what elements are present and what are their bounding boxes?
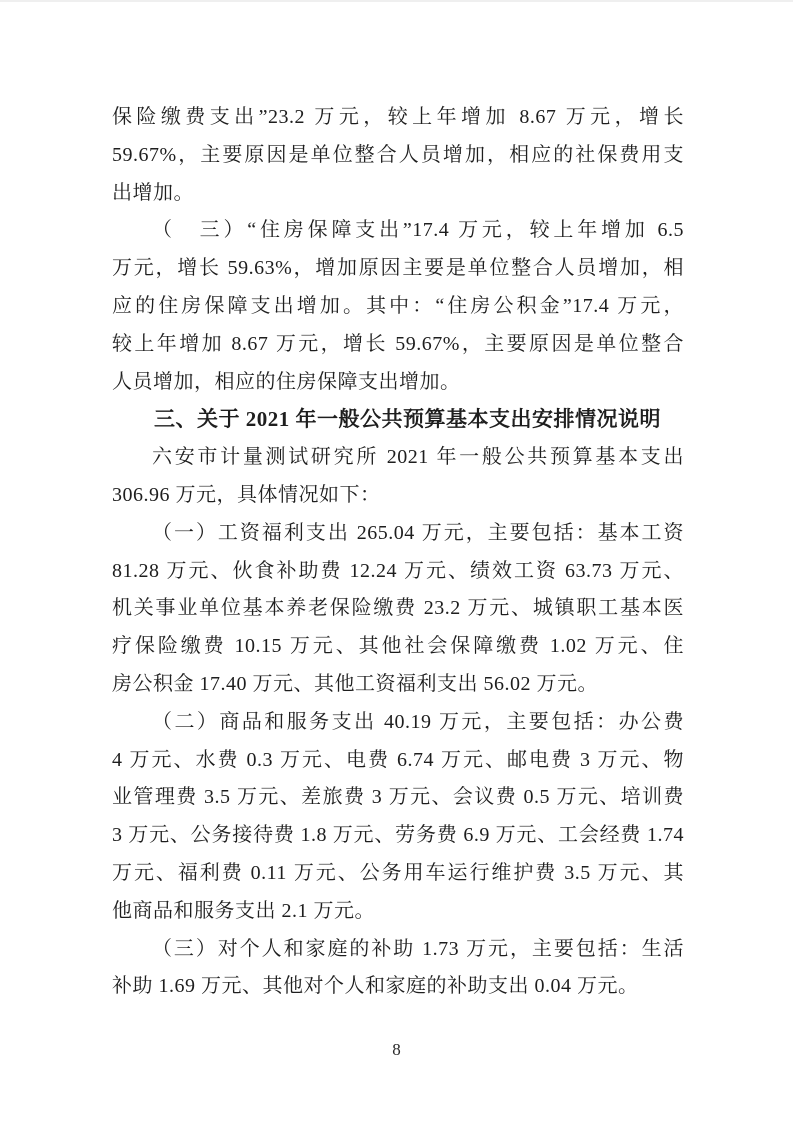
paragraph: （三）对个人和家庭的补助 1.73 万元，主要包括：生活补助 1.69 万元、其…	[112, 931, 684, 1007]
text-line: 万元、福利费 0.11 万元、公务用车运行维护费 3.5 万元、其	[112, 855, 684, 893]
text-line: 疗保险缴费 10.15 万元、其他社会保障缴费 1.02 万元、住	[112, 628, 684, 666]
text-line: 306.96 万元，具体情况如下：	[112, 477, 684, 515]
text-line: 应的住房保障支出增加。其中：“住房公积金”17.4 万元，	[112, 288, 684, 326]
paragraph: 六安市计量测试研究所 2021 年一般公共预算基本支出306.96 万元，具体情…	[112, 439, 684, 515]
page-top-edge	[0, 0, 793, 2]
document-body: 保险缴费支出”23.2 万元，较上年增加 8.67 万元，增长59.67%，主要…	[112, 99, 684, 1006]
paragraph: 保险缴费支出”23.2 万元，较上年增加 8.67 万元，增长59.67%，主要…	[112, 99, 684, 212]
text-line: 人员增加，相应的住房保障支出增加。	[112, 364, 684, 402]
text-line: 81.28 万元、伙食补助费 12.24 万元、绩效工资 63.73 万元、	[112, 553, 684, 591]
paragraph: （二）商品和服务支出 40.19 万元，主要包括：办公费4 万元、水费 0.3 …	[112, 704, 684, 931]
text-line: 房公积金 17.40 万元、其他工资福利支出 56.02 万元。	[112, 666, 684, 704]
paragraph: （一）工资福利支出 265.04 万元，主要包括：基本工资81.28 万元、伙食…	[112, 515, 684, 704]
text-line: 业管理费 3.5 万元、差旅费 3 万元、会议费 0.5 万元、培训费	[112, 779, 684, 817]
text-line: 较上年增加 8.67 万元，增长 59.67%，主要原因是单位整合	[112, 326, 684, 364]
heading-line: 三、关于 2021 年一般公共预算基本支出安排情况说明	[112, 401, 684, 439]
text-line: 3 万元、公务接待费 1.8 万元、劳务费 6.9 万元、工会经费 1.74	[112, 817, 684, 855]
text-line: 59.67%，主要原因是单位整合人员增加，相应的社保费用支	[112, 137, 684, 175]
text-line: 保险缴费支出”23.2 万元，较上年增加 8.67 万元，增长	[112, 99, 684, 137]
document-page: 保险缴费支出”23.2 万元，较上年增加 8.67 万元，增长59.67%，主要…	[0, 0, 793, 1122]
page-number: 8	[0, 1040, 793, 1060]
section-heading: 三、关于 2021 年一般公共预算基本支出安排情况说明	[112, 401, 684, 439]
text-line: （三）对个人和家庭的补助 1.73 万元，主要包括：生活	[112, 931, 684, 969]
text-line: 六安市计量测试研究所 2021 年一般公共预算基本支出	[112, 439, 684, 477]
text-line: 他商品和服务支出 2.1 万元。	[112, 893, 684, 931]
paragraph: （ 三）“住房保障支出”17.4 万元，较上年增加 6.5万元，增长 59.63…	[112, 212, 684, 401]
text-line: 补助 1.69 万元、其他对个人和家庭的补助支出 0.04 万元。	[112, 968, 684, 1006]
text-line: （二）商品和服务支出 40.19 万元，主要包括：办公费	[112, 704, 684, 742]
text-line: （ 三）“住房保障支出”17.4 万元，较上年增加 6.5	[112, 212, 684, 250]
text-line: （一）工资福利支出 265.04 万元，主要包括：基本工资	[112, 515, 684, 553]
text-line: 4 万元、水费 0.3 万元、电费 6.74 万元、邮电费 3 万元、物	[112, 742, 684, 780]
text-line: 万元，增长 59.63%，增加原因主要是单位整合人员增加，相	[112, 250, 684, 288]
text-line: 出增加。	[112, 175, 684, 213]
text-line: 机关事业单位基本养老保险缴费 23.2 万元、城镇职工基本医	[112, 590, 684, 628]
